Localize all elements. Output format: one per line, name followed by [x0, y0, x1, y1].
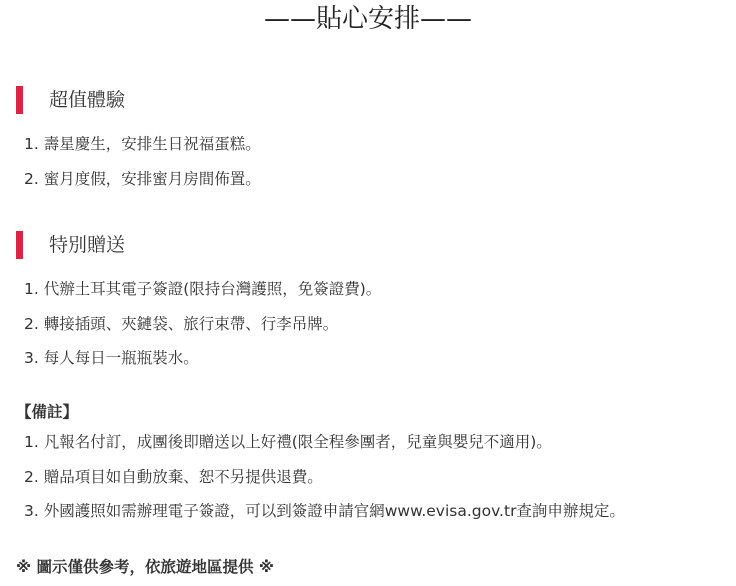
section-heading-label: 超值體驗: [49, 86, 125, 114]
list-item: 3. 外國護照如需辦理電子簽證，可以到簽證申請官網www.evisa.gov.t…: [24, 494, 625, 529]
list-item: 1. 凡報名付訂，成團後即贈送以上好禮(限全程參團者，兒童與嬰兒不適用)。: [24, 425, 625, 460]
list-item: 1. 壽星慶生，安排生日祝福蛋糕。: [24, 127, 261, 162]
accent-bar: [16, 86, 23, 114]
special-gifts-list: 1. 代辦土耳其電子簽證(限持台灣護照，免簽證費)。 2. 轉接插頭、夾鏈袋、旅…: [24, 272, 381, 376]
notes-list: 1. 凡報名付訂，成團後即贈送以上好禮(限全程參團者，兒童與嬰兒不適用)。 2.…: [24, 425, 625, 529]
notes-heading: 【備註】: [16, 400, 78, 424]
list-item: 3. 每人每日一瓶瓶裝水。: [24, 341, 381, 376]
section-heading-label: 特別贈送: [49, 231, 125, 259]
accent-bar: [16, 231, 23, 259]
list-item: 2. 贈品項目如自動放棄、恕不另提供退費。: [24, 460, 625, 495]
section-heading-value-experience: 超值體驗: [16, 86, 125, 114]
section-heading-special-gifts: 特別贈送: [16, 231, 125, 259]
disclaimer-note: ※ 圖示僅供參考，依旅遊地區提供 ※: [16, 555, 274, 579]
list-item: 2. 轉接插頭、夾鏈袋、旅行束帶、行李吊牌。: [24, 307, 381, 342]
value-experience-list: 1. 壽星慶生，安排生日祝福蛋糕。 2. 蜜月度假，安排蜜月房間佈置。: [24, 127, 261, 196]
list-item: 1. 代辦土耳其電子簽證(限持台灣護照，免簽證費)。: [24, 272, 381, 307]
page-title: ——貼心安排——: [0, 0, 736, 38]
list-item: 2. 蜜月度假，安排蜜月房間佈置。: [24, 162, 261, 197]
